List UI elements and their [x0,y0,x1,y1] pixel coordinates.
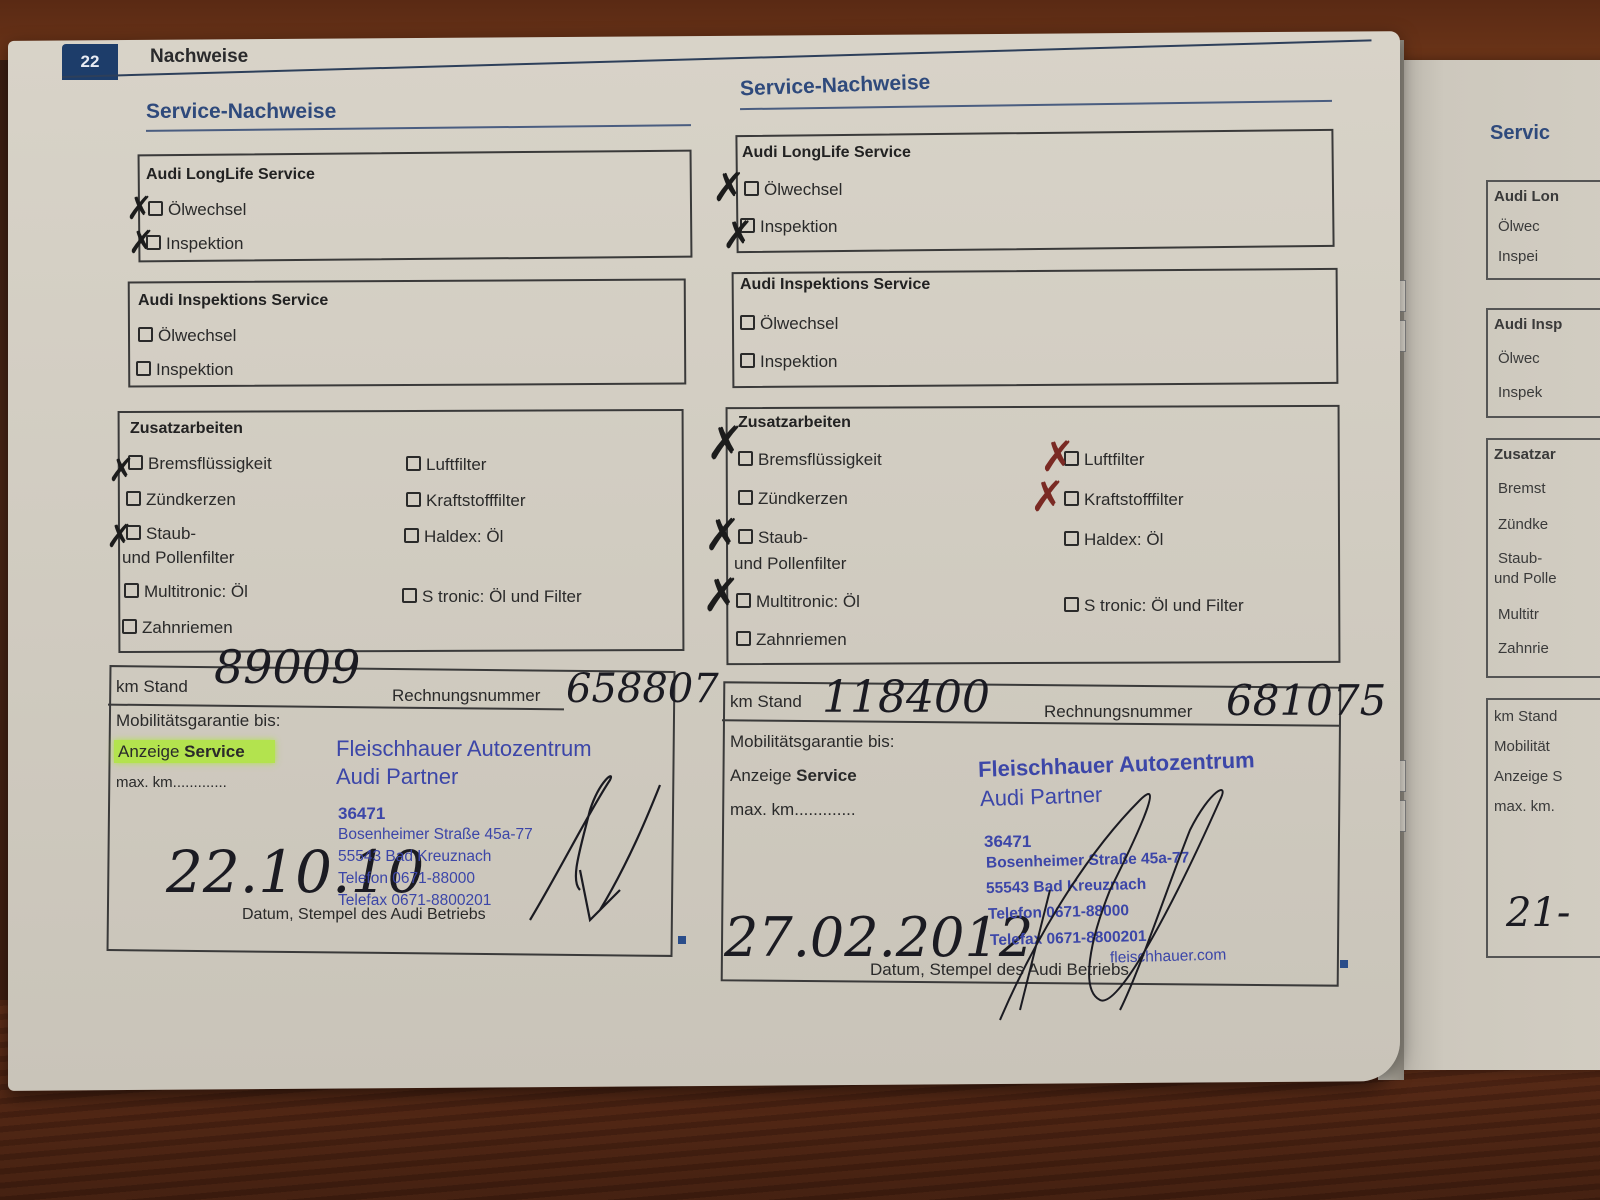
left-zusatz-kraftstofffilter[interactable]: Kraftstofffilter [406,491,526,511]
left-inspektion-inspektion[interactable]: Inspektion [136,360,234,380]
checkbox-icon [1064,597,1079,612]
checkbox-label: Zahnriemen [756,630,847,649]
left-invoice-value: 658807 [566,666,719,712]
right-zusatz-box [726,405,1341,665]
left-zusatz-zuendkerzen[interactable]: Zündkerzen [126,490,236,510]
right-zusatz-title: Zusatzarbeiten [738,414,851,432]
checkbox-icon [740,315,755,330]
right-zusatz-haldex[interactable]: Haldex: Öl [1064,530,1163,550]
next-page-record-label: km Stand [1494,708,1557,725]
checkbox-label: Luftfilter [426,455,486,474]
checkbox-label: Ölwechsel [764,180,842,199]
next-page-longlife-box: Audi Lon Ölwec Inspei [1486,180,1600,280]
handwritten-check-mark-icon: ✗ [1030,476,1065,518]
end-marker-icon [678,936,686,944]
left-zusatz-stronic[interactable]: S tronic: Öl und Filter [402,587,582,607]
right-longlife-inspektion[interactable]: Inspektion [740,217,838,237]
checkbox-label: Zündkerzen [146,490,236,509]
next-page-inspektion-box: Audi Insp Ölwec Inspek [1486,308,1600,418]
next-page-record-label: max. km. [1494,798,1555,815]
checkbox-icon [738,490,753,505]
checkbox-label: Haldex: Öl [424,527,503,546]
checkbox-icon [122,619,137,634]
right-signature [990,770,1250,1030]
checkbox-label: Zahnriemen [142,618,233,637]
end-marker-icon [1340,960,1348,968]
left-stamp-subtitle: Audi Partner [336,764,458,790]
checkbox-icon [736,631,751,646]
checkbox-label: Bremsflüssigkeit [758,450,882,469]
left-inspektion-title: Audi Inspektions Service [138,292,328,310]
checkbox-label: Kraftstofffilter [426,491,526,510]
handwritten-check-mark-icon: ✗ [712,168,746,208]
checkbox-icon [406,456,421,471]
next-page-record-box: km Stand Mobilität Anzeige S max. km. 21… [1486,698,1600,958]
right-maxkm-label: max. km............. [730,800,856,820]
checkbox-icon [136,361,151,376]
left-longlife-title: Audi LongLife Service [146,166,315,184]
display-label: Anzeige [730,766,791,785]
checkbox-icon [404,528,419,543]
checkbox-label: Inspektion [760,217,838,236]
right-zusatz-zahnriemen[interactable]: Zahnriemen [736,630,847,650]
right-zusatz-stronic[interactable]: S tronic: Öl und Filter [1064,596,1244,616]
right-display-service-label: Anzeige Service [730,766,857,786]
checkbox-label: Staub- [758,528,808,547]
next-page-item: Zahnrie [1498,640,1549,657]
handwritten-check-mark-icon: ✗ [106,520,133,552]
right-zusatz-staubfilter[interactable]: Staub- [738,528,808,548]
right-invoice-value: 681075 [1226,676,1386,725]
left-zusatz-luftfilter[interactable]: Luftfilter [406,455,486,475]
right-invoice-label: Rechnungsnummer [1044,702,1192,722]
checkbox-label: Ölwechsel [760,314,838,333]
checkbox-icon [126,491,141,506]
left-maxkm-label: max. km............. [116,774,227,791]
next-page-item: Bremst [1498,480,1546,497]
handwritten-check-mark-icon: ✗ [108,454,135,486]
left-zusatz-bremsfluessigkeit[interactable]: Bremsflüssigkeit [128,454,272,474]
left-stamp-street: Bosenheimer Straße 45a-77 [338,826,533,844]
left-stamp-fax: Telefax 0671-8800201 [338,892,491,910]
left-km-label: km Stand [116,677,188,697]
next-page-zusatz-title: Zusatzar [1494,446,1556,463]
next-page-inspektion-title: Audi Insp [1494,316,1562,333]
handwritten-check-mark-icon: ✗ [704,514,741,558]
right-inspektion-oelwechsel[interactable]: Ölwechsel [740,314,838,334]
next-page-record-label: Mobilität [1494,738,1550,755]
next-page-item: Staub- [1498,550,1542,567]
left-inspektion-oelwechsel[interactable]: Ölwechsel [138,326,236,346]
left-km-value: 89009 [214,640,360,694]
handwritten-check-mark-icon: ✗ [126,192,153,224]
checkbox-label: Haldex: Öl [1084,530,1163,549]
right-zusatz-zuendkerzen[interactable]: Zündkerzen [738,489,848,509]
display-label-bold: Service [184,742,245,761]
display-label-bold: Service [796,766,857,785]
left-invoice-label: Rechnungsnummer [392,686,540,706]
checkbox-label: Staub- [146,524,196,543]
next-page-date: 21- [1506,890,1570,936]
left-signature [520,770,680,930]
left-zusatz-zahnriemen[interactable]: Zahnriemen [122,618,233,638]
checkbox-label: Kraftstofffilter [1084,490,1184,509]
right-zusatz-kraftstofffilter[interactable]: Kraftstofffilter [1064,490,1184,510]
right-km-label: km Stand [730,692,802,712]
right-inspektion-inspektion[interactable]: Inspektion [740,352,838,372]
right-zusatz-luftfilter[interactable]: Luftfilter [1064,450,1144,470]
left-zusatz-staubfilter[interactable]: Staub- [126,524,196,544]
right-zusatz-multitronic[interactable]: Multitronic: Öl [736,592,860,612]
display-label: Anzeige [118,742,179,761]
next-page: Servic Audi Lon Ölwec Inspei Audi Insp Ö… [1400,60,1600,1070]
checkbox-label: Inspektion [166,234,244,253]
next-page-record-label: Anzeige S [1494,768,1562,785]
left-longlife-oelwechsel[interactable]: Ölwechsel [148,200,246,220]
checkbox-label: Inspektion [156,360,234,379]
checkbox-icon [744,181,759,196]
next-page-item: Ölwec [1498,350,1540,367]
handwritten-check-mark-icon: ✗ [702,572,741,618]
next-page-longlife-title: Audi Lon [1494,188,1559,205]
right-inspektion-title: Audi Inspektions Service [740,276,930,294]
left-mobility-label: Mobilitätsgarantie bis: [116,711,280,731]
next-page-item: Multitr [1498,606,1539,623]
section-header: Nachweise [150,46,248,68]
checkbox-label: Multitronic: Öl [144,582,248,601]
checkbox-label: Bremsflüssigkeit [148,454,272,473]
checkbox-label: Ölwechsel [158,326,236,345]
right-zusatz-bremsfluessigkeit[interactable]: Bremsflüssigkeit [738,450,882,470]
checkbox-label: Multitronic: Öl [756,592,860,611]
next-page-title: Servic [1490,122,1550,145]
checkbox-label: Ölwechsel [168,200,246,219]
handwritten-check-mark-icon: ✗ [128,226,155,258]
left-longlife-inspektion[interactable]: Inspektion [146,234,244,254]
left-stamp-phone: Telefon 0671-88000 [338,870,475,888]
left-entry-title: Service-Nachweise [146,100,336,124]
right-mobility-label: Mobilitätsgarantie bis: [730,732,894,752]
checkbox-label-continued: und Pollenfilter [122,548,234,568]
right-longlife-title: Audi LongLife Service [742,144,911,162]
handwritten-check-mark-icon: ✗ [722,216,754,254]
checkbox-label: Inspektion [760,352,838,371]
checkbox-label: S tronic: Öl und Filter [1084,596,1244,615]
next-page-item: Inspei [1498,248,1538,265]
next-page-zusatz-box: Zusatzar Bremst Zündke Staub- und Polle … [1486,438,1600,678]
checkbox-icon [138,327,153,342]
checkbox-icon [402,588,417,603]
left-stamp-city: 55543 Bad Kreuznach [338,848,491,866]
next-page-item: und Polle [1494,570,1557,587]
next-page-item: Ölwec [1498,218,1540,235]
checkbox-icon [124,583,139,598]
right-longlife-oelwechsel[interactable]: Ölwechsel [744,180,842,200]
checkbox-label: Luftfilter [1084,450,1144,469]
right-km-value: 118400 [822,672,990,723]
handwritten-check-mark-icon: ✗ [706,420,745,466]
left-zusatz-multitronic[interactable]: Multitronic: Öl [124,582,248,602]
checkbox-icon [1064,491,1079,506]
next-page-item: Zündke [1498,516,1548,533]
checkbox-label-continued: und Pollenfilter [734,554,846,574]
checkbox-label: S tronic: Öl und Filter [422,587,582,606]
next-page-item: Inspek [1498,384,1542,401]
left-zusatz-title: Zusatzarbeiten [130,420,243,438]
checkbox-icon [740,353,755,368]
left-display-service-label: Anzeige Service [114,742,275,762]
left-stamp-code: 36471 [338,804,385,824]
left-zusatz-haldex[interactable]: Haldex: Öl [404,527,503,547]
left-stamp-name: Fleischhauer Autozentrum [336,736,592,762]
checkbox-label: Zündkerzen [758,489,848,508]
left-zusatz-box [118,409,685,653]
checkbox-icon [1064,531,1079,546]
checkbox-icon [406,492,421,507]
